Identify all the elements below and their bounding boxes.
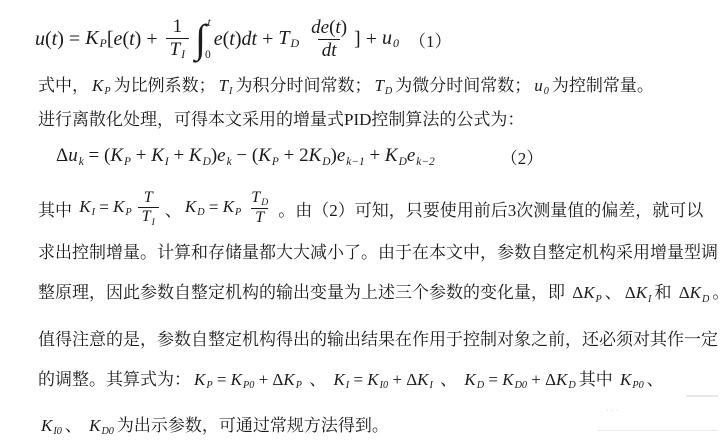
variable-subscript: D <box>261 197 268 208</box>
subscripted-variable: ek−1 <box>337 145 365 168</box>
fraction: TTI <box>138 189 159 228</box>
integral-limits: t0 <box>205 16 211 62</box>
subscripted-variable: KD <box>309 145 331 168</box>
text-run: 的调整。其算式为： <box>38 370 191 389</box>
math-token: + 2 <box>279 145 309 167</box>
variable-subscript: I <box>181 49 185 61</box>
subscripted-variable: KP <box>258 145 279 168</box>
math-token: − ( <box>232 145 259 167</box>
math-token: + Δ <box>527 370 556 389</box>
body-line-2: 求出控制增量。计算和存储量都大大减小了。由于在本文中，参数自整定机构采用增量型调 <box>38 233 704 273</box>
variable-subscript: D <box>197 207 204 218</box>
subscripted-variable: KP0 <box>620 370 644 389</box>
variable-subscript: I0 <box>53 426 62 437</box>
variable-subscript: D <box>702 294 709 305</box>
subscripted-variable: KD <box>185 197 205 216</box>
math-token: Δ <box>572 283 583 302</box>
text-run: 、 <box>647 370 664 389</box>
text-run: 。由（2）可知，只要使用前后3次测量值的偏差，就可以 <box>278 196 703 221</box>
math-token: ) <box>341 17 347 38</box>
variable-base: K <box>89 416 100 435</box>
text-run: 其中 <box>38 196 76 221</box>
variable-base: T <box>278 27 289 49</box>
variable-subscript: I <box>152 217 155 228</box>
text-run: 其中 <box>579 370 617 389</box>
math-token: Δ <box>56 145 68 167</box>
variable-base: K <box>92 76 103 95</box>
variable-subscript: I <box>648 294 651 305</box>
text-run: 和 <box>654 283 675 302</box>
variable-base: K <box>333 370 344 389</box>
variable-subscript: P <box>125 207 131 218</box>
variable-base: K <box>194 370 205 389</box>
variable-base: K <box>636 283 647 302</box>
watermark-dots: ... <box>606 402 620 414</box>
variable-base: K <box>309 145 322 166</box>
subscripted-variable: KD <box>385 145 407 168</box>
math-token: = ( <box>84 145 111 167</box>
variable-subscript: k−1 <box>346 156 364 168</box>
math-token: ] + <box>354 28 382 51</box>
subscripted-variable: KP <box>223 197 242 216</box>
body-line-1: 其中 KI = KPTTI、KD = KPTDT。由（2）可知，只要使用前后3次… <box>38 183 704 233</box>
inline-math: ΔKI <box>625 283 652 302</box>
variable-base: K <box>85 27 98 49</box>
text-run: 为出示参数，可通过常规方法得到。 <box>117 416 389 435</box>
math-token: de <box>311 17 329 38</box>
equation-2: Δuk = (KP + KI + KD)ek − (KP + 2KD)ek−1 … <box>56 141 704 171</box>
variable-base: T <box>142 208 151 225</box>
fraction-denominator: dt <box>318 39 341 62</box>
subscripted-variable: KI <box>417 370 433 389</box>
variable-subscript: D <box>203 156 211 168</box>
subscripted-variable: KD <box>556 370 576 389</box>
variable-subscript: I <box>229 86 232 97</box>
inline-math: u0 <box>534 76 549 95</box>
variable-subscript: P <box>596 294 602 305</box>
subscripted-variable: KP <box>583 283 602 302</box>
math-token: + <box>131 145 151 167</box>
variable-subscript: I0 <box>380 380 389 391</box>
variable-base: K <box>502 370 513 389</box>
math-token: dt <box>322 40 337 61</box>
variable-base: K <box>556 370 567 389</box>
variable-base: K <box>367 370 378 389</box>
math-token: ) + <box>135 28 163 51</box>
subscripted-variable: KP <box>113 197 132 216</box>
subscripted-variable: KP <box>110 145 131 168</box>
watermark-remnant: ... <box>598 395 720 433</box>
subscripted-variable: KP <box>194 370 213 389</box>
variable-base: e <box>337 145 345 166</box>
subscripted-variable: KD <box>464 370 484 389</box>
math-token: ( <box>45 28 52 51</box>
math-token: Δ <box>679 283 690 302</box>
variable-base: K <box>151 145 164 166</box>
subscripted-variable: KD0 <box>502 370 527 389</box>
math-token: dt <box>242 28 258 51</box>
subscripted-variable: ek <box>217 145 232 168</box>
math-token: + Δ <box>254 370 283 389</box>
subscripted-variable: KI <box>79 197 95 216</box>
variable-base: K <box>620 370 631 389</box>
math-token: = <box>95 197 113 216</box>
variable-base: T <box>251 189 260 206</box>
subscripted-variable: uk <box>68 145 84 168</box>
fraction-numerator: 1 <box>169 16 187 38</box>
equation-number: （1） <box>409 27 452 52</box>
variable-base: u <box>382 27 392 49</box>
variable-subscript: D <box>568 380 575 391</box>
text-run: 求出控制增量。计算和存储量都大大减小了。由于在本文中，参数自整定机构采用增量型调 <box>38 243 718 262</box>
inline-math: KI0 <box>41 416 62 435</box>
inline-math: KD0 <box>89 416 114 435</box>
integral-upper-limit: t <box>208 17 211 29</box>
variable-base: K <box>189 145 202 166</box>
fraction: TDT <box>247 189 272 228</box>
subscripted-variable: TD <box>374 76 392 95</box>
variable-base: T <box>219 76 228 95</box>
variable-base: T <box>170 39 181 60</box>
inline-math: ΔKP <box>572 283 602 302</box>
math-token: + Δ <box>388 370 417 389</box>
variable-base: K <box>113 197 124 216</box>
text-run: 为微分时间常数； <box>395 76 531 95</box>
variable-base: K <box>223 197 234 216</box>
subscripted-variable: KP <box>92 76 111 95</box>
subscripted-variable: TD <box>251 189 268 206</box>
subscripted-variable: KD <box>690 283 710 302</box>
text-run: 为积分时间常数； <box>235 76 371 95</box>
inline-math: ΔKD <box>679 283 710 302</box>
subscripted-variable: TI <box>170 39 185 60</box>
subscripted-variable: u0 <box>382 27 399 52</box>
text-run: 、 <box>605 283 622 302</box>
fraction-denominator: TI <box>166 38 189 63</box>
text-run: 整原理，因此参数自整定机构的输出变量为上述三个参数的变化量，即 <box>38 283 569 302</box>
watermark-line-bottom <box>598 430 718 431</box>
variable-subscript: P0 <box>632 380 643 391</box>
subscripted-variable: KP <box>283 370 302 389</box>
integral-sign: ∫t0 <box>195 16 211 62</box>
variable-base: u <box>68 145 78 166</box>
text-run: 、 <box>65 416 86 435</box>
fraction-numerator: T <box>140 189 157 208</box>
subscripted-variable: KI <box>151 145 168 168</box>
inline-math: KI = KPTTI <box>79 189 162 228</box>
variable-subscript: k−2 <box>416 156 434 168</box>
variable-subscript: 0 <box>544 86 549 97</box>
subscripted-variable: TI <box>219 76 233 95</box>
subscripted-variable: TD <box>278 27 299 52</box>
variable-base: u <box>534 76 543 95</box>
math-token: 1 <box>173 16 183 37</box>
equation-number: （2） <box>501 144 544 169</box>
variable-base: e <box>407 145 415 166</box>
watermark-line-top <box>686 395 718 397</box>
text-run: 、 <box>436 370 462 389</box>
variable-subscript: P <box>272 156 279 168</box>
variable-base: K <box>185 197 196 216</box>
subscripted-variable: KI0 <box>367 370 388 389</box>
variable-base: K <box>231 370 242 389</box>
inline-math: KP0 <box>620 370 644 389</box>
document-page: u(t) = KP[e(t) + 1TI∫t0e(t)dt + TDde(t)d… <box>0 0 724 447</box>
text-run: 、 <box>165 196 182 221</box>
math-token: T <box>255 209 264 226</box>
symbol-legend-line: 式中，KP为比例系数；TI为积分时间常数；TD为微分时间常数；u0为控制常量。 <box>38 72 704 106</box>
math-token: ) <box>235 28 242 51</box>
inline-math: KD = KPTDT <box>185 189 275 228</box>
inline-math: KP = KP0 + ΔKP <box>194 370 302 389</box>
variable-subscript: D <box>290 36 299 50</box>
math-token: e <box>114 28 123 51</box>
subscripted-variable: KI0 <box>41 416 62 435</box>
fraction: 1TI <box>166 16 189 63</box>
math-token: = <box>205 197 223 216</box>
math-token: ( <box>122 28 129 51</box>
inline-math: TI <box>219 76 233 95</box>
variable-subscript: P <box>124 156 131 168</box>
variable-base: K <box>583 283 594 302</box>
subscripted-variable: KD <box>189 145 211 168</box>
text-run: 式中， <box>38 76 89 95</box>
variable-base: K <box>41 416 52 435</box>
variable-subscript: P <box>296 380 302 391</box>
text-run: 值得注意的是，参数自整定机构得出的输出结果在作用于控制对象之前，还必须对其作一定 <box>38 330 718 349</box>
variable-base: T <box>374 76 383 95</box>
inline-math: KD = KD0 + ΔKD <box>464 370 575 389</box>
subscripted-variable: TI <box>142 208 155 225</box>
subscripted-variable: ek−2 <box>407 145 435 168</box>
text-run: 为比例系数； <box>114 76 216 95</box>
variable-base: K <box>464 370 475 389</box>
variable-base: K <box>690 283 701 302</box>
variable-subscript: P0 <box>243 380 254 391</box>
body-line-3: 整原理，因此参数自整定机构的输出变量为上述三个参数的变化量，即 ΔKP、ΔKI和… <box>38 273 704 319</box>
variable-subscript: 0 <box>393 36 399 50</box>
fraction: de(t)dt <box>307 17 351 62</box>
variable-subscript: D <box>322 156 330 168</box>
variable-subscript: D <box>385 86 392 97</box>
fraction-denominator: TI <box>138 207 159 227</box>
math-token: e <box>214 28 223 51</box>
text-run: 、 <box>305 370 331 389</box>
subscripted-variable: KI <box>636 283 652 302</box>
integral-lower-limit: 0 <box>205 49 211 61</box>
math-token: T <box>144 189 153 206</box>
discretization-line: 进行离散化处理，可得本文采用的增量式PID控制算法的公式为： <box>38 106 704 134</box>
subscripted-variable: KP <box>85 27 107 52</box>
math-token: + <box>257 28 278 51</box>
subscripted-variable: KP0 <box>231 370 255 389</box>
variable-subscript: P <box>100 36 107 50</box>
fraction-denominator: T <box>251 208 268 228</box>
variable-base: K <box>417 370 428 389</box>
variable-subscript: D0 <box>101 426 113 437</box>
equation-1: u(t) = KP[e(t) + 1TI∫t0e(t)dt + TDde(t)d… <box>35 12 704 66</box>
inline-math: KI = KI0 + ΔKI <box>333 370 432 389</box>
inline-math: TD <box>374 76 392 95</box>
text-run: 为控制常量。 <box>552 76 654 95</box>
variable-base: e <box>217 145 225 166</box>
inline-math: KP <box>92 76 111 95</box>
variable-subscript: D <box>399 156 407 168</box>
variable-base: K <box>283 370 294 389</box>
fraction-numerator: TD <box>247 189 272 208</box>
subscripted-variable: KD0 <box>89 416 114 435</box>
variable-base: K <box>110 145 123 166</box>
variable-subscript: I <box>430 380 433 391</box>
variable-base: K <box>258 145 271 166</box>
variable-subscript: P <box>235 207 241 218</box>
body-line-4: 值得注意的是，参数自整定机构得出的输出结果在作用于控制对象之前，还必须对其作一定 <box>38 320 704 360</box>
math-token: ( <box>223 28 230 51</box>
fraction-numerator: de(t) <box>307 17 351 39</box>
math-token: = <box>349 370 367 389</box>
math-token: = <box>213 370 231 389</box>
variable-subscript: D0 <box>515 380 527 391</box>
subscripted-variable: u0 <box>534 76 549 95</box>
text-run: 进行离散化处理，可得本文采用的增量式PID控制算法的公式为： <box>38 110 524 129</box>
variable-base: K <box>385 145 398 166</box>
math-token: [ <box>107 28 114 51</box>
math-token: Δ <box>625 283 636 302</box>
math-token: u <box>35 28 45 51</box>
math-token: ) = <box>57 28 85 51</box>
subscripted-variable: KI <box>333 370 349 389</box>
math-token: + <box>365 145 385 167</box>
variable-base: K <box>79 197 90 216</box>
math-token: = <box>484 370 502 389</box>
variable-subscript: P <box>104 86 110 97</box>
text-run: 。 <box>712 283 724 302</box>
math-token: + <box>169 145 189 167</box>
